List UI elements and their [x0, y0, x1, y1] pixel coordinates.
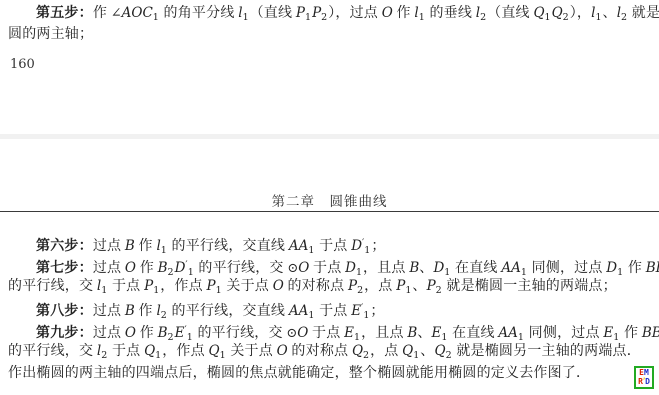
page-number: 160 [10, 57, 35, 72]
step5-text-line-2: 圆的两主轴； [8, 26, 93, 43]
step9-text-line-2: 的平行线，交 l2 于点 Q1，作点 Q1 关于点 O 的对称点 Q2，点 Q1… [8, 343, 641, 364]
logo-letter-d: D [645, 377, 650, 386]
step8-text-line-1: 第八步：过点 B 作 l2 的平行线，交直线 AA1 于点 E′1； [36, 300, 385, 324]
step7-text-line-2: 的平行线，交 l1 于点 P1，作点 P1 关于点 O 的对称点 P2，点 P1… [8, 278, 617, 299]
page-separator [0, 134, 659, 139]
watermark-logo-row-top: E M [636, 368, 652, 377]
book-page: 第五步：作 ∠AOC1 的角平分线 l1（直线 P1P2），过点 O 作 l1 … [0, 0, 659, 395]
step5-text-line-1: 第五步：作 ∠AOC1 的角平分线 l1（直线 P1P2），过点 O 作 l1 … [36, 5, 659, 26]
chapter-header-rule [0, 211, 659, 212]
watermark-logo: E M R ’ D [634, 366, 654, 389]
logo-letter-m: M [644, 368, 649, 377]
watermark-logo-row-bottom: R ’ D [636, 377, 652, 386]
step9-text-line-3: 作出椭圆的两主轴的四端点后，椭圆的焦点就能确定，整个椭圆就能用椭圆的定义去作图了… [8, 365, 590, 382]
chapter-header: 第二章 圆锥曲线 [0, 190, 659, 210]
step6-text-line-1: 第六步：过点 B 作 l1 的平行线，交直线 AA1 于点 D′1； [36, 235, 386, 259]
